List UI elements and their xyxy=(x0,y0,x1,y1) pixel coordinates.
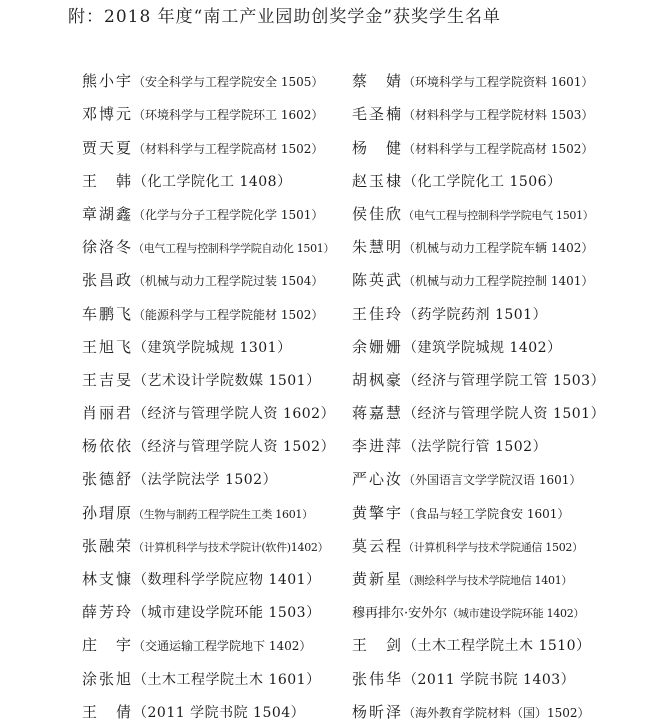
awardee-entry-left: 张昌政（机械与动力工程学院过装 1504） xyxy=(82,269,323,292)
student-college-class: （安全科学与工程学院安全 1505） xyxy=(133,75,323,89)
awardee-entry-left: 薛芳玲（城市建设学院环能 1503） xyxy=(82,601,321,624)
awardee-entry-right: 侯佳欣（电气工程与控制科学学院电气 1501） xyxy=(352,203,594,227)
student-name: 熊小宇 xyxy=(82,72,133,90)
student-college-class: （电气工程与控制科学学院自动化 1501） xyxy=(133,242,334,255)
awardee-entry-right: 黄擎宇（食品与轻工学院食安 1601） xyxy=(352,502,569,525)
list-row: 王 韩（化工学院化工 1408）赵玉棣（化工学院化工 1506） xyxy=(0,170,663,194)
student-college-class: （环境科学与工程学院环工 1602） xyxy=(133,108,323,122)
student-name: 王 剑 xyxy=(352,636,403,654)
student-college-class: （经济与管理学院人资 1501） xyxy=(403,406,605,422)
student-college-class: （食品与轻工学院食安 1601） xyxy=(403,507,569,521)
awardee-entry-left: 肖丽君（经济与管理学院人资 1602） xyxy=(82,402,335,425)
student-college-class: （能源科学与工程学院能材 1502） xyxy=(133,308,323,322)
awardee-entry-right: 严心汝（外国语言文学学院汉语 1601） xyxy=(352,468,581,491)
awardee-entry-left: 贾天夏（材料科学与工程学院高材 1502） xyxy=(82,137,323,160)
student-name: 黄新星 xyxy=(352,570,403,588)
student-name: 朱慧明 xyxy=(352,238,403,256)
student-name: 张德舒 xyxy=(82,470,133,488)
student-name: 蔡 婧 xyxy=(352,72,403,90)
awardee-entry-right: 黄新星（测绘科学与技术学院地信 1401） xyxy=(352,568,572,592)
student-name: 张昌政 xyxy=(82,271,133,289)
awardee-entry-right: 蔡 婧（环境科学与工程学院资料 1601） xyxy=(352,70,593,93)
awardee-entry-left: 庄 宇（交通运输工程学院地下 1402） xyxy=(82,634,311,657)
awardee-entry-left: 林支慷（数理科学学院应物 1401） xyxy=(82,568,321,591)
awardee-entry-right: 莫云程（计算机科学与技术学院通信 1502） xyxy=(352,535,583,559)
student-college-class: （材料科学与工程学院材料 1503） xyxy=(403,108,593,122)
student-name: 涂张旭 xyxy=(82,670,133,688)
student-college-class: （土木工程学院土木 1510） xyxy=(403,638,591,654)
awardee-entry-right: 陈英武（机械与动力工程学院控制 1401） xyxy=(352,269,593,292)
student-name: 徐洛冬 xyxy=(82,238,133,256)
student-name: 薛芳玲 xyxy=(82,603,133,621)
list-row: 肖丽君（经济与管理学院人资 1602）蒋嘉慧（经济与管理学院人资 1501） xyxy=(0,402,663,426)
list-row: 涂张旭（土木工程学院土木 1601）张伟华（2011 学院书院 1403） xyxy=(0,668,663,692)
student-name: 杨昕泽 xyxy=(352,703,403,721)
student-name: 王 韩 xyxy=(82,172,133,190)
awardee-entry-left: 邓博元（环境科学与工程学院环工 1602） xyxy=(82,103,323,126)
student-college-class: （海外教育学院材料（国）1502） xyxy=(403,706,590,720)
list-row: 贾天夏（材料科学与工程学院高材 1502）杨 健（材料科学与工程学院高材 150… xyxy=(0,137,663,161)
student-name: 毛圣楠 xyxy=(352,105,403,123)
student-college-class: （生物与制药工程学院生工类 1601） xyxy=(133,508,313,521)
awardee-entry-right: 杨 健（材料科学与工程学院高材 1502） xyxy=(352,137,593,160)
list-row: 王旭飞（建筑学院城规 1301）余姗姗（建筑学院城规 1402） xyxy=(0,336,663,360)
student-college-class: （外国语言文学学院汉语 1601） xyxy=(403,473,581,487)
student-college-class: （经济与管理学院工管 1503） xyxy=(403,373,605,389)
student-name: 孙瑁原 xyxy=(82,504,133,522)
student-college-class: （材料科学与工程学院高材 1502） xyxy=(133,142,323,156)
awardee-entry-right: 张伟华（2011 学院书院 1403） xyxy=(352,668,575,691)
student-college-class: （交通运输工程学院地下 1402） xyxy=(133,639,311,653)
student-college-class: （药学院药剂 1501） xyxy=(403,307,547,323)
awardee-entry-left: 王吉旻（艺术设计学院数媒 1501） xyxy=(82,369,321,392)
student-name: 车鹏飞 xyxy=(82,305,133,323)
student-college-class: （电气工程与控制科学学院电气 1501） xyxy=(403,209,594,222)
awardee-entry-left: 徐洛冬（电气工程与控制科学学院自动化 1501） xyxy=(82,236,334,260)
list-row: 章湖鑫（化学与分子工程学院化学 1501）侯佳欣（电气工程与控制科学学院电气 1… xyxy=(0,203,663,227)
awardee-entry-left: 孙瑁原（生物与制药工程学院生工类 1601） xyxy=(82,502,313,526)
student-college-class: （测绘科学与技术学院地信 1401） xyxy=(403,574,572,587)
student-name: 李进萍 xyxy=(352,437,403,455)
list-row: 车鹏飞（能源科学与工程学院能材 1502）王佳玲（药学院药剂 1501） xyxy=(0,303,663,327)
student-name: 陈英武 xyxy=(352,271,403,289)
awardee-entry-right: 余姗姗（建筑学院城规 1402） xyxy=(352,336,562,359)
student-college-class: （经济与管理学院人资 1602） xyxy=(133,406,335,422)
list-row: 邓博元（环境科学与工程学院环工 1602）毛圣楠（材料科学与工程学院材料 150… xyxy=(0,103,663,127)
student-name: 侯佳欣 xyxy=(352,205,403,223)
list-row: 孙瑁原（生物与制药工程学院生工类 1601）黄擎宇（食品与轻工学院食安 1601… xyxy=(0,502,663,526)
student-name: 张伟华 xyxy=(352,670,403,688)
student-college-class: （机械与动力工程学院控制 1401） xyxy=(403,274,593,288)
student-name: 蒋嘉慧 xyxy=(352,404,403,422)
student-name: 章湖鑫 xyxy=(82,205,133,223)
awardee-list: 熊小宇（安全科学与工程学院安全 1505）蔡 婧（环境科学与工程学院资料 160… xyxy=(0,0,663,726)
awardee-entry-right: 王 剑（土木工程学院土木 1510） xyxy=(352,634,591,657)
student-name: 余姗姗 xyxy=(352,338,403,356)
awardee-entry-right: 朱慧明（机械与动力工程学院车辆 1402） xyxy=(352,236,593,259)
student-name: 林支慷 xyxy=(82,570,133,588)
list-row: 张融荣（计算机科学与技术学院计(软件)1402）莫云程（计算机科学与技术学院通信… xyxy=(0,535,663,559)
list-row: 王吉旻（艺术设计学院数媒 1501）胡枫豪（经济与管理学院工管 1503） xyxy=(0,369,663,393)
list-row: 薛芳玲（城市建设学院环能 1503）穆再排尔·安外尔（城市建设学院环能 1402… xyxy=(0,601,663,625)
awardee-entry-left: 涂张旭（土木工程学院土木 1601） xyxy=(82,668,321,691)
student-name: 杨 健 xyxy=(352,139,403,157)
student-college-class: （法学院法学 1502） xyxy=(133,472,277,488)
student-college-class: （机械与动力工程学院过装 1504） xyxy=(133,274,323,288)
student-college-class: （材料科学与工程学院高材 1502） xyxy=(403,142,593,156)
student-college-class: （数理科学学院应物 1401） xyxy=(133,572,321,588)
awardee-entry-left: 杨依依（经济与管理学院人资 1502） xyxy=(82,435,335,458)
list-row: 庄 宇（交通运输工程学院地下 1402）王 剑（土木工程学院土木 1510） xyxy=(0,634,663,658)
student-college-class: （化工学院化工 1506） xyxy=(403,174,562,190)
student-college-class: （计算机科学与技术学院通信 1502） xyxy=(403,541,583,554)
awardee-entry-left: 王旭飞（建筑学院城规 1301） xyxy=(82,336,292,359)
student-name: 庄 宇 xyxy=(82,636,133,654)
student-college-class: （经济与管理学院人资 1502） xyxy=(133,439,335,455)
list-row: 杨依依（经济与管理学院人资 1502）李进萍（法学院行管 1502） xyxy=(0,435,663,459)
student-name: 王 倩 xyxy=(82,703,133,721)
awardee-entry-left: 张融荣（计算机科学与技术学院计(软件)1402） xyxy=(82,535,328,559)
list-row: 张昌政（机械与动力工程学院过装 1504）陈英武（机械与动力工程学院控制 140… xyxy=(0,269,663,293)
list-row: 张德舒（法学院法学 1502）严心汝（外国语言文学学院汉语 1601） xyxy=(0,468,663,492)
awardee-entry-left: 车鹏飞（能源科学与工程学院能材 1502） xyxy=(82,303,323,326)
student-college-class: （化学与分子工程学院化学 1501） xyxy=(133,208,323,222)
student-college-class: （计算机科学与技术学院计(软件)1402） xyxy=(133,541,328,554)
student-college-class: （2011 学院书院 1504） xyxy=(133,705,305,721)
awardee-entry-left: 王 倩（2011 学院书院 1504） xyxy=(82,701,305,724)
student-name: 肖丽君 xyxy=(82,404,133,422)
awardee-entry-right: 杨昕泽（海外教育学院材料（国）1502） xyxy=(352,701,590,724)
awardee-entry-right: 毛圣楠（材料科学与工程学院材料 1503） xyxy=(352,103,593,126)
student-college-class: （城市建设学院环能 1503） xyxy=(133,605,321,621)
awardee-entry-right: 蒋嘉慧（经济与管理学院人资 1501） xyxy=(352,402,605,425)
student-college-class: （2011 学院书院 1403） xyxy=(403,672,575,688)
awardee-entry-left: 张德舒（法学院法学 1502） xyxy=(82,468,277,491)
awardee-entry-right: 胡枫豪（经济与管理学院工管 1503） xyxy=(352,369,605,392)
student-name: 莫云程 xyxy=(352,537,403,555)
list-row: 徐洛冬（电气工程与控制科学学院自动化 1501）朱慧明（机械与动力工程学院车辆 … xyxy=(0,236,663,260)
student-name: 严心汝 xyxy=(352,470,403,488)
awardee-entry-right: 王佳玲（药学院药剂 1501） xyxy=(352,303,547,326)
student-name: 张融荣 xyxy=(82,537,133,555)
student-name: 胡枫豪 xyxy=(352,371,403,389)
student-college-class: （艺术设计学院数媒 1501） xyxy=(133,373,321,389)
student-name: 邓博元 xyxy=(82,105,133,123)
student-college-class: （城市建设学院环能 1402） xyxy=(447,607,584,620)
awardee-entry-right: 赵玉棣（化工学院化工 1506） xyxy=(352,170,562,193)
student-name: 王佳玲 xyxy=(352,305,403,323)
awardee-entry-right: 穆再排尔·安外尔（城市建设学院环能 1402） xyxy=(352,601,584,625)
student-name: 赵玉棣 xyxy=(352,172,403,190)
list-row: 熊小宇（安全科学与工程学院安全 1505）蔡 婧（环境科学与工程学院资料 160… xyxy=(0,70,663,94)
student-college-class: （机械与动力工程学院车辆 1402） xyxy=(403,241,593,255)
student-name: 杨依依 xyxy=(82,437,133,455)
student-college-class: （环境科学与工程学院资料 1601） xyxy=(403,75,593,89)
awardee-entry-left: 王 韩（化工学院化工 1408） xyxy=(82,170,292,193)
list-row: 王 倩（2011 学院书院 1504）杨昕泽（海外教育学院材料（国）1502） xyxy=(0,701,663,725)
awardee-entry-right: 李进萍（法学院行管 1502） xyxy=(352,435,547,458)
awardee-entry-left: 熊小宇（安全科学与工程学院安全 1505） xyxy=(82,70,323,93)
student-name: 王吉旻 xyxy=(82,371,133,389)
student-college-class: （化工学院化工 1408） xyxy=(133,174,292,190)
student-college-class: （法学院行管 1502） xyxy=(403,439,547,455)
awardee-entry-left: 章湖鑫（化学与分子工程学院化学 1501） xyxy=(82,203,323,226)
student-name: 王旭飞 xyxy=(82,338,133,356)
student-name: 黄擎宇 xyxy=(352,504,403,522)
student-college-class: （建筑学院城规 1301） xyxy=(133,340,292,356)
student-name: 贾天夏 xyxy=(82,139,133,157)
student-college-class: （土木工程学院土木 1601） xyxy=(133,672,321,688)
student-name: 穆再排尔·安外尔 xyxy=(352,606,447,621)
list-row: 林支慷（数理科学学院应物 1401）黄新星（测绘科学与技术学院地信 1401） xyxy=(0,568,663,592)
student-college-class: （建筑学院城规 1402） xyxy=(403,340,562,356)
